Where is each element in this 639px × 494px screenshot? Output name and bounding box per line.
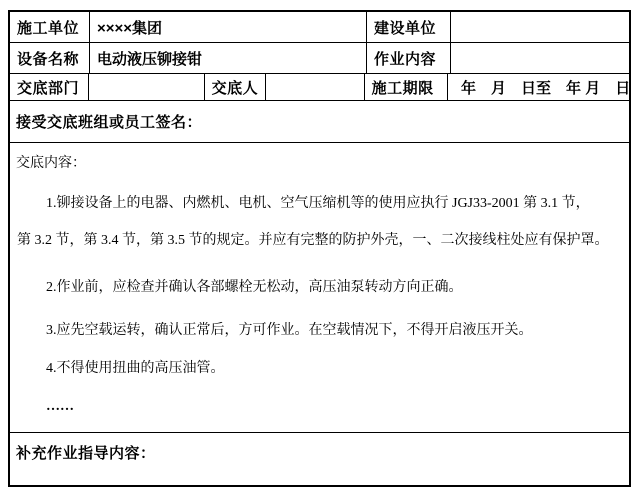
owner-unit-label: 建设单位 xyxy=(367,12,451,42)
construction-unit-label: 施工单位 xyxy=(10,12,90,42)
supplement-label: 补充作业指导内容： xyxy=(16,445,156,462)
work-content-label: 作业内容 xyxy=(367,43,451,73)
document-page: { "colors": { "border": "#000000", "text… xyxy=(0,0,639,494)
briefing-content-line: 1.铆接设备上的电器、内燃机、电机、空气压缩机等的使用应执行 JGJ33-200… xyxy=(46,196,590,212)
briefing-content-line: 4.不得使用扭曲的高压油管。 xyxy=(46,361,225,377)
row-equipment-name: 设备名称 电动液压铆接钳 作业内容 xyxy=(10,43,629,74)
briefing-dept-value xyxy=(89,74,204,100)
construction-period-label: 施工期限 xyxy=(365,74,448,100)
construction-unit-value: ××××集团 xyxy=(90,12,367,42)
briefing-content-line: 2.作业前，应检查并确认各部螺栓无松动，高压油泵转动方向正确。 xyxy=(46,280,463,296)
work-content-value xyxy=(451,43,629,73)
construction-period-value: 年 月 日至 年 月 日 xyxy=(448,74,629,100)
briefing-content-line: 第 3.2 节，第 3.4 节，第 3.5 节的规定。并应有完整的防护外壳，一、… xyxy=(17,233,609,249)
briefing-dept-label: 交底部门 xyxy=(10,74,89,100)
briefing-content-label: 交底内容： xyxy=(16,152,86,172)
briefing-person-label: 交底人 xyxy=(205,74,267,100)
briefing-content-ellipsis: …… xyxy=(46,399,74,415)
equipment-name-value: 电动液压铆接钳 xyxy=(90,43,367,73)
row-briefing-content: 交底内容： 1.铆接设备上的电器、内燃机、电机、空气压缩机等的使用应执行 JGJ… xyxy=(10,143,629,433)
briefing-content-line: 3.应先空载运转，确认正常后，方可作业。在空载情况下，不得开启液压开关。 xyxy=(46,323,533,339)
signature-row-label: 接受交底班组或员工签名： xyxy=(16,111,202,142)
row-signature: 接受交底班组或员工签名： xyxy=(10,101,629,143)
row-supplement: 补充作业指导内容： xyxy=(10,433,629,485)
owner-unit-value xyxy=(451,12,629,42)
row-briefing-dept: 交底部门 交底人 施工期限 年 月 日至 年 月 日 xyxy=(10,74,629,101)
briefing-form-table: 施工单位 ××××集团 建设单位 设备名称 电动液压铆接钳 作业内容 交底部门 … xyxy=(8,10,631,487)
row-construction-unit: 施工单位 ××××集团 建设单位 xyxy=(10,12,629,43)
equipment-name-label: 设备名称 xyxy=(10,43,90,73)
briefing-person-value xyxy=(266,74,364,100)
